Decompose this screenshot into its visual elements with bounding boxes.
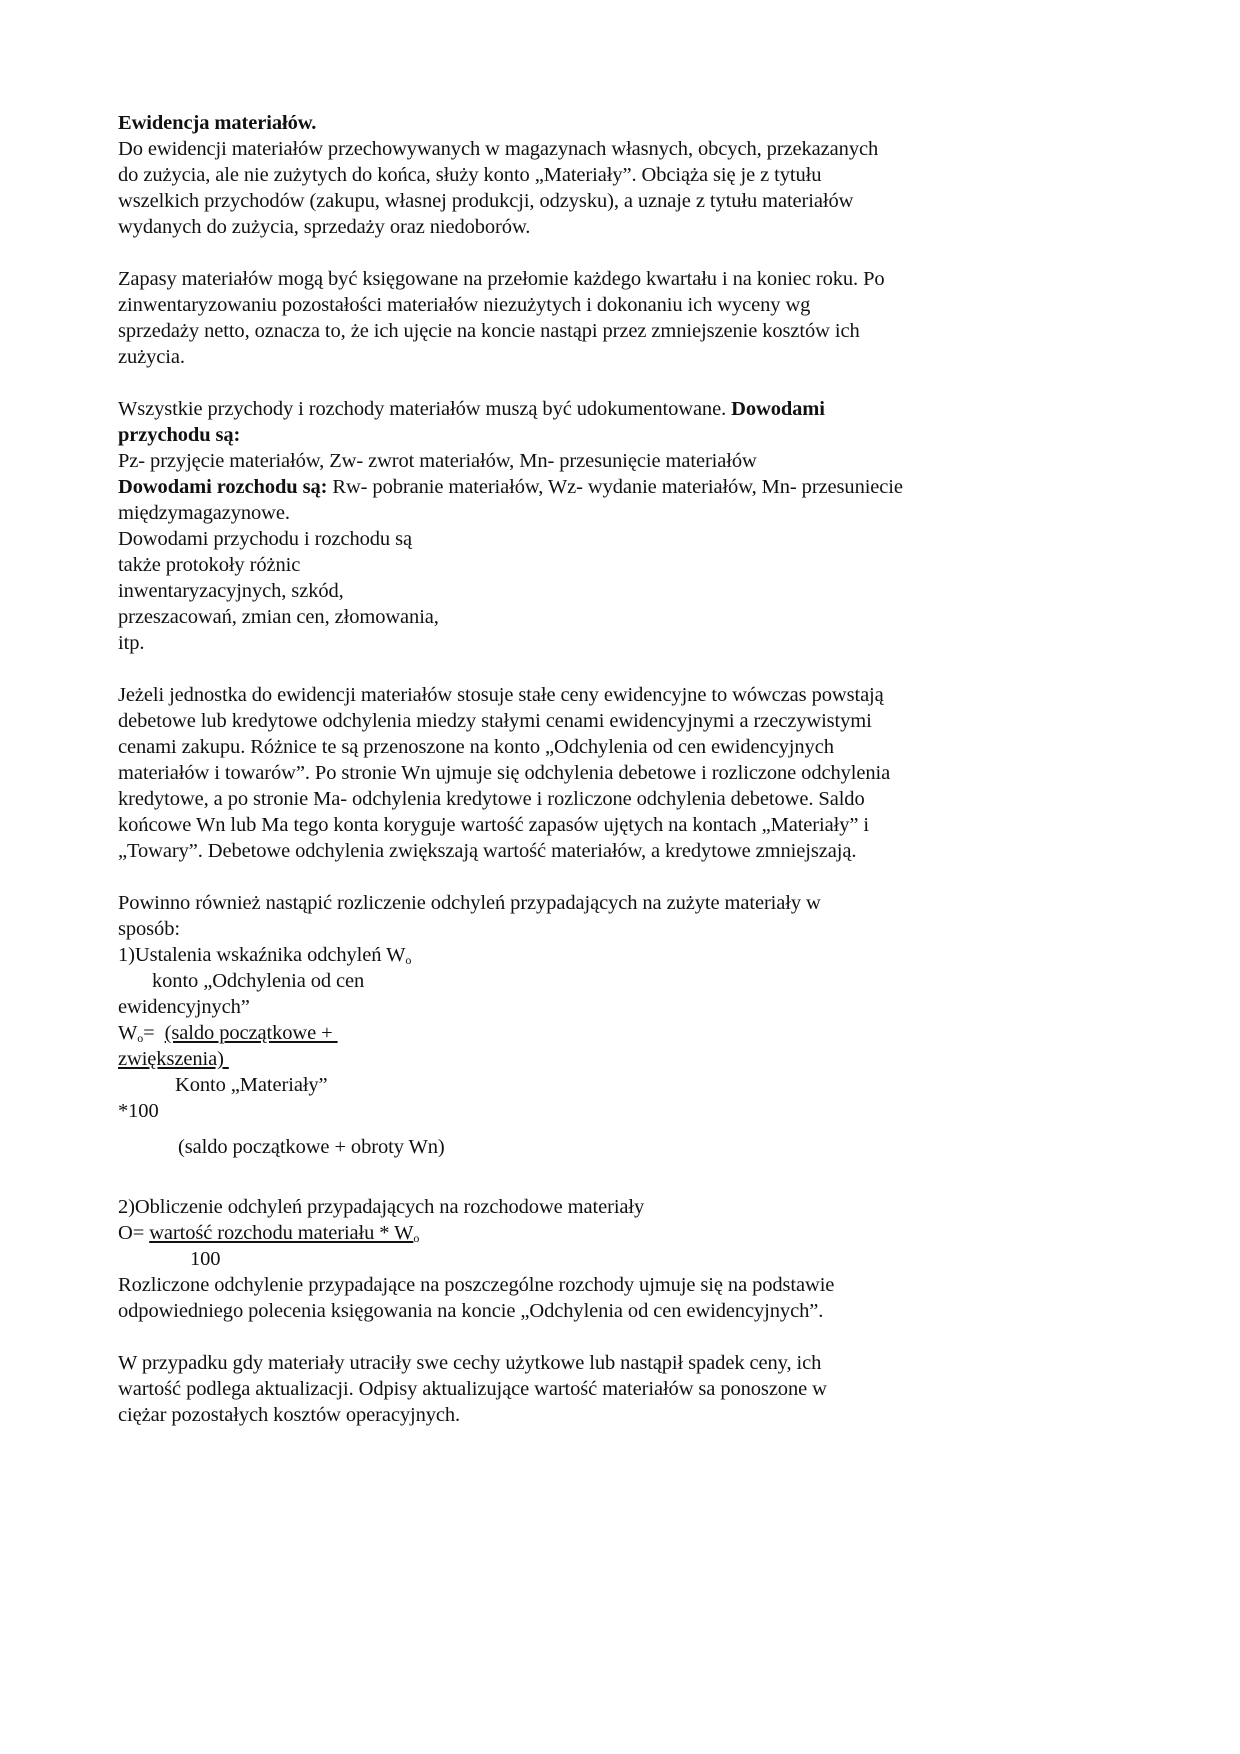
paragraph-line: wydanych do zużycia, sprzedaży oraz nied… [118,214,530,240]
subscript: o [413,1231,419,1245]
paragraph-line: ciężar pozostałych kosztów operacyjnych. [118,1402,460,1428]
bold-heading: przychodu są: [118,422,240,448]
document-page: Ewidencja materiałów. Do ewidencji mater… [0,0,1240,1754]
paragraph-line: Powinno również nastąpić rozliczenie odc… [118,890,821,916]
paragraph-line: Do ewidencji materiałów przechowywanych … [118,136,878,162]
paragraph-line: wszelkich przychodów (zakupu, własnej pr… [118,188,853,214]
paragraph-line: Jeżeli jednostka do ewidencji materiałów… [118,682,884,708]
text: Wszystkie przychody i rozchody materiałó… [118,398,731,420]
formula-denominator: 100 [190,1246,220,1272]
paragraph-line: kredytowe, a po stronie Ma- odchylenia k… [118,786,865,812]
paragraph-line: także protokoły różnic [118,552,300,578]
paragraph-line: zinwentaryzowaniu pozostałości materiałó… [118,292,810,318]
formula-numerator: wartość rozchodu materiału * Wo [149,1222,419,1244]
paragraph-line: inwentaryzacyjnych, szkód, [118,578,344,604]
paragraph-line: międzymagazynowe. [118,500,290,526]
bold-text: Dowodami rozchodu są: [118,476,327,498]
text: O= [118,1222,149,1244]
text: W [118,1022,137,1044]
paragraph-line: wartość podlega aktualizacji. Odpisy akt… [118,1376,827,1402]
paragraph-line: sposób: [118,916,180,942]
formula-numerator: zwiększenia) [118,1046,229,1072]
bold-text: Dowodami [731,398,825,420]
formula-line: *100 [118,1098,159,1124]
paragraph-line: odpowiedniego polecenia księgowania na k… [118,1298,823,1324]
text: = [143,1022,165,1044]
paragraph-line: konto „Odchylenia od cen [152,968,364,994]
text: wartość rozchodu materiału * W [149,1222,413,1244]
formula-line: Konto „Materiały” [175,1072,328,1098]
text: 1)Ustalenia wskaźnika odchyleń W [118,944,405,966]
paragraph-line: Rozliczone odchylenie przypadające na po… [118,1272,834,1298]
paragraph-line: Zapasy materiałów mogą być księgowane na… [118,266,885,292]
paragraph-line: Dowodami przychodu i rozchodu są [118,526,412,552]
document-title: Ewidencja materiałów. [118,110,316,136]
step-2-heading: 2)Obliczenie odchyleń przypadających na … [118,1194,644,1220]
text: Rw- pobranie materiałów, Wz- wydanie mat… [327,476,903,498]
paragraph-line: Dowodami rozchodu są: Rw- pobranie mater… [118,474,903,500]
paragraph-line: do zużycia, ale nie zużytych do końca, s… [118,162,821,188]
paragraph-line: debetowe lub kredytowe odchylenia miedzy… [118,708,872,734]
paragraph-line: przeszacowań, zmian cen, złomowania, [118,604,439,630]
paragraph-line: Pz- przyjęcie materiałów, Zw- zwrot mate… [118,448,757,474]
formula-line: O= wartość rozchodu materiału * Wo [118,1220,419,1246]
paragraph-line: materiałów i towarów”. Po stronie Wn ujm… [118,760,890,786]
paragraph-line: Wszystkie przychody i rozchody materiałó… [118,396,825,422]
paragraph-line: itp. [118,630,144,656]
paragraph-line: cenami zakupu. Różnice te są przenoszone… [118,734,834,760]
step-1-heading: 1)Ustalenia wskaźnika odchyleń Wo [118,942,411,968]
formula-numerator: (saldo początkowe + [165,1022,338,1044]
paragraph-line: ewidencyjnych” [118,994,250,1020]
formula-denominator: (saldo początkowe + obroty Wn) [178,1134,445,1160]
paragraph-line: zużycia. [118,344,185,370]
paragraph-line: W przypadku gdy materiały utraciły swe c… [118,1350,821,1376]
formula-line: Wo= (saldo początkowe + [118,1020,338,1046]
paragraph-line: końcowe Wn lub Ma tego konta koryguje wa… [118,812,869,838]
subscript: o [405,953,411,967]
paragraph-line: sprzedaży netto, oznacza to, że ich ujęc… [118,318,860,344]
paragraph-line: „Towary”. Debetowe odchylenia zwiększają… [118,838,856,864]
